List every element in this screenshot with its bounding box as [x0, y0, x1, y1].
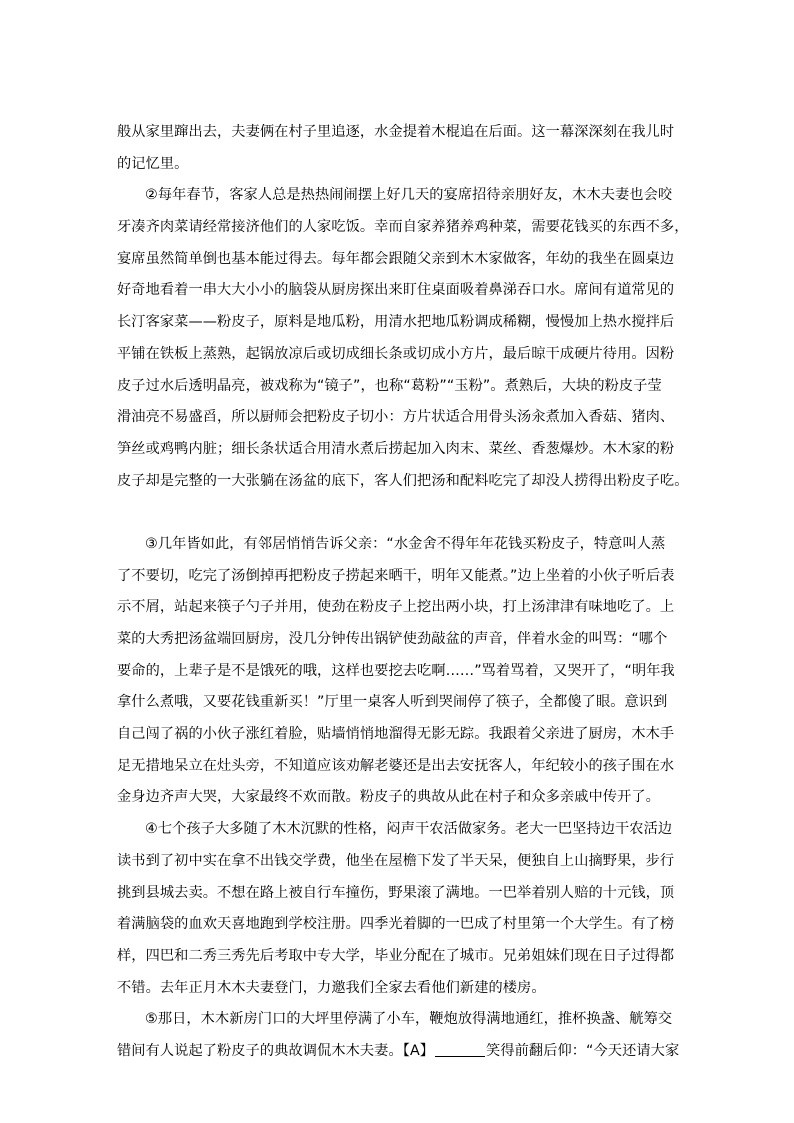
text-line: 挑到县城去卖。不想在路上被自行车撞伤，野果滚了满地。一巴举着别人赔的十元钱，顶: [117, 878, 687, 910]
text-before-blank: 错间有人说起了粉皮子的典故调侃木木夫妻。【A】: [117, 1043, 434, 1059]
text-line: 般从家里蹿出去，夫妻俩在村子里追逐，水金提着木棍追在后面。这一幕深深刻在我儿时: [117, 117, 687, 149]
text-after-blank: 笑得前翻后仰：“今天还请大家: [486, 1043, 679, 1059]
paragraph-2-start: ②每年春节，客家人总是热热闹闹摆上好几天的宴席招待亲朋好友，木木夫妻也会咬: [117, 180, 687, 212]
text-line: 笋丝或鸡鸭内脏；细长条状适合用清水煮后捞起加入肉末、菜丝、香葱爆炒。木木家的粉: [117, 434, 687, 466]
text-line: 样，四巴和二秀三秀先后考取中专大学，毕业分配在了城市。兄弟姐妹们现在日子过得都: [117, 941, 687, 973]
fill-in-blank-A: [435, 1042, 485, 1057]
text-line: 示不屑，站起来筷子勺子并用，使劲在粉皮子上挖出两小块，打上汤津津有味地吃了。上: [117, 592, 687, 624]
paragraph-spacer: [117, 497, 687, 529]
text-line: 平铺在铁板上蒸熟，起锅放凉后或切成细长条或切成小方片，最后晾干成硬片待用。因粉: [117, 339, 687, 371]
text-line: 读书到了初中实在拿不出钱交学费，他坐在屋檐下发了半天呆，便独自上山摘野果，步行: [117, 846, 687, 878]
text-line: 自己闯了祸的小伙子涨红着脸，贴墙悄悄地溜得无影无踪。我跟着父亲进了厨房，木木手: [117, 719, 687, 751]
text-line: 菜的大秀把汤盆端回厨房，没几分钟传出锅铲使劲敲盆的声音，伴着水金的叫骂：“哪个: [117, 624, 687, 656]
text-line: 宴席虽然简单倒也基本能过得去。每年都会跟随父亲到木木家做客，年幼的我坐在圆桌边: [117, 244, 687, 276]
text-line: 皮子过水后透明晶亮，被戏称为“镜子”，也称“葛粉”“玉粉”。煮熟后，大块的粉皮子…: [117, 371, 687, 403]
text-line: 不错。去年正月木木夫妻登门，力邀我们全家去看他们新建的楼房。: [117, 973, 687, 1005]
paragraph-3-start: ③几年皆如此，有邻居悄悄告诉父亲：“水金舍不得年年花钱买粉皮子，特意叫人蒸: [117, 529, 687, 561]
document-page: 般从家里蹿出去，夫妻俩在村子里追逐，水金提着木棍追在后面。这一幕深深刻在我儿时 …: [117, 117, 687, 1068]
text-line: 拿什么煮哦，又要花钱重新买！”厅里一桌客人听到哭闹停了筷子，全都傻了眼。意识到: [117, 687, 687, 719]
text-line-with-blank: 错间有人说起了粉皮子的典故调侃木木夫妻。【A】笑得前翻后仰：“今天还请大家: [117, 1036, 687, 1068]
paragraph-4-start: ④七个孩子大多随了木木沉默的性格，闷声干农活做家务。老大一巴坚持边干农活边: [117, 814, 687, 846]
text-line: 了不要切，吃完了汤倒掉再把粉皮子捞起来晒干，明年又能煮。”边上坐着的小伙子听后表: [117, 561, 687, 593]
text-line: 足无措地呆立在灶头旁，不知道应该劝解老婆还是出去安抚客人，年纪较小的孩子围在水: [117, 751, 687, 783]
text-line: 好奇地看着一串大大小小的脑袋从厨房探出来盯住桌面吸着鼻涕吞口水。席间有道常见的: [117, 275, 687, 307]
text-line: 皮子却是完整的一大张躺在汤盆的底下，客人们把汤和配料吃完了却没人捞得出粉皮子吃。: [117, 466, 687, 498]
text-line: 的记忆里。: [117, 149, 687, 181]
paragraph-5-start: ⑤那日，木木新房门口的大坪里停满了小车，鞭炮放得满地通红，推杯换盏、觥筹交: [117, 1004, 687, 1036]
text-line: 滑油亮不易盛舀，所以厨师会把粉皮子切小：方片状适合用骨头汤汆煮加入香菇、猪肉、: [117, 402, 687, 434]
text-line: 长汀客家菜——粉皮子，原料是地瓜粉，用清水把地瓜粉调成稀糊，慢慢加上热水搅拌后: [117, 307, 687, 339]
text-line: 要命的，上辈子是不是饿死的哦，这样也要挖去吃啊……”骂着骂着，又哭开了，“明年我: [117, 656, 687, 688]
text-line: 牙凑齐肉菜请经常接济他们的人家吃饭。幸而自家养猪养鸡种菜，需要花钱买的东西不多，: [117, 212, 687, 244]
text-line: 金身边齐声大哭，大家最终不欢而散。粉皮子的典故从此在村子和众多亲戚中传开了。: [117, 782, 687, 814]
text-line: 着满脑袋的血欢天喜地跑到学校注册。四季光着脚的一巴成了村里第一个大学生。有了榜: [117, 909, 687, 941]
